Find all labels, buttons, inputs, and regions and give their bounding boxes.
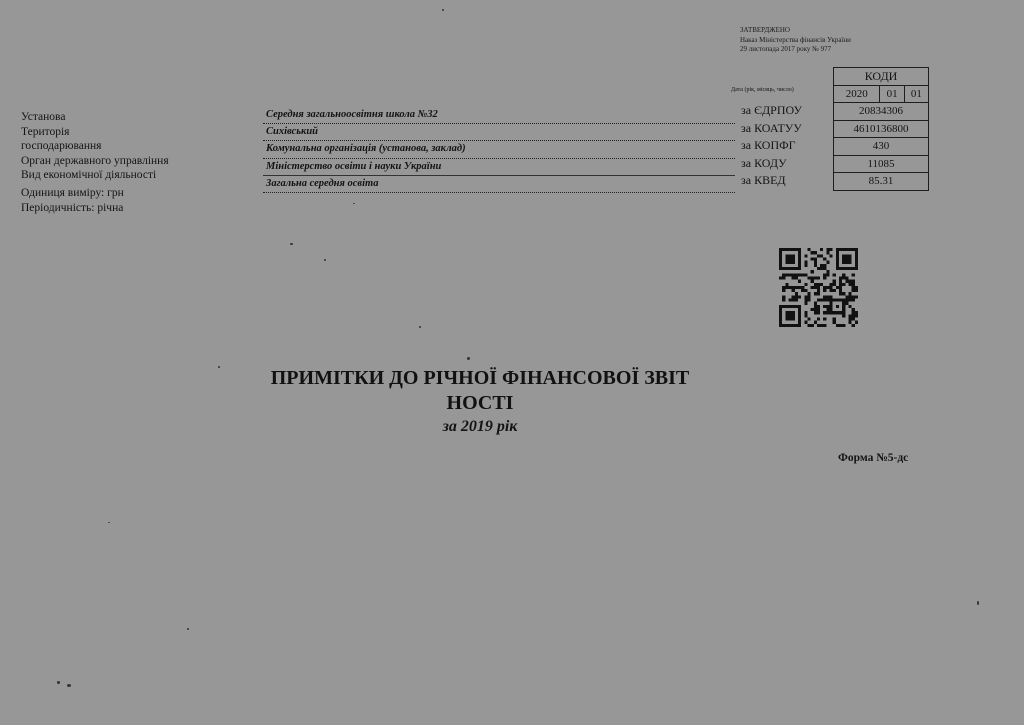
label-territory-cont: господарювання [21,139,169,154]
label-institution: Установа [21,110,169,125]
scan-speck [467,357,470,360]
title-line-1: ПРИМІТКИ ДО РІЧНОЇ ФІНАНСОВОЇ ЗВІТ [200,366,760,391]
code-koatuu: 4610136800 [834,120,929,138]
code-label-kodu: за КОДУ [741,155,802,173]
header-labels: Установа Територія господарювання Орган … [21,110,169,215]
scan-speck [57,681,60,684]
form-number: Форма №5-дс [838,452,908,464]
code-labels: за ЄДРПОУ за КОАТУУ за КОПФГ за КОДУ за … [741,102,802,190]
header-values: Середня загальноосвітня школа №32 Сихівс… [263,107,735,193]
code-month: 01 [880,85,904,103]
value-institution: Середня загальноосвітня школа №32 [263,107,735,124]
code-kved: 85.31 [834,173,929,191]
scan-speck [290,243,293,245]
report-period: за 2019 рік [200,418,760,436]
approval-stamp: ЗАТВЕРДЖЕНО Наказ Міністерства фінансів … [740,26,851,55]
label-periodicity: Періодичність: річна [21,201,169,216]
approval-line-1: ЗАТВЕРДЖЕНО [740,26,851,36]
code-label-edrpou: за ЄДРПОУ [741,102,802,120]
value-legal-form: Комунальна організація (установа, заклад… [263,141,735,158]
scan-speck [108,522,110,523]
code-label-kved: за КВЕД [741,172,802,190]
approval-line-2: Наказ Міністерства фінансів України [740,36,851,46]
code-label-kopfg: за КОПФГ [741,137,802,155]
scan-speck [977,601,979,605]
label-unit: Одиниця виміру: грн [21,186,169,201]
scan-speck [353,203,355,204]
scan-speck [67,684,71,687]
scan-speck [442,9,444,11]
document-title: ПРИМІТКИ ДО РІЧНОЇ ФІНАНСОВОЇ ЗВІТ НОСТІ [200,366,760,416]
label-territory: Територія [21,125,169,140]
code-label-koatuu: за КОАТУУ [741,120,802,138]
label-governing-body: Орган державного управління [21,154,169,169]
code-kopfg: 430 [834,138,929,156]
value-territory: Сихівський [263,124,735,141]
scan-speck [419,326,421,328]
scan-speck [218,366,220,368]
code-day: 01 [904,85,928,103]
value-governing-body: Міністерство освіти і науки України [263,159,735,176]
title-line-2: НОСТІ [200,391,760,416]
code-year: 2020 [834,85,880,103]
code-edrpou: 20834306 [834,103,929,121]
scan-speck [324,259,326,261]
date-label: Дата (рік, місяць, число) [731,87,794,93]
codes-table: КОДИ 2020 01 01 20834306 4610136800 430 … [833,67,929,191]
label-activity: Вид економічної діяльності [21,168,169,183]
code-kodu: 11085 [834,155,929,173]
qr-code-icon [779,248,858,327]
scan-speck [187,628,189,630]
codes-header: КОДИ [834,68,929,86]
value-activity: Загальна середня освіта [263,176,735,193]
approval-line-3: 29 листопада 2017 року № 977 [740,45,851,55]
